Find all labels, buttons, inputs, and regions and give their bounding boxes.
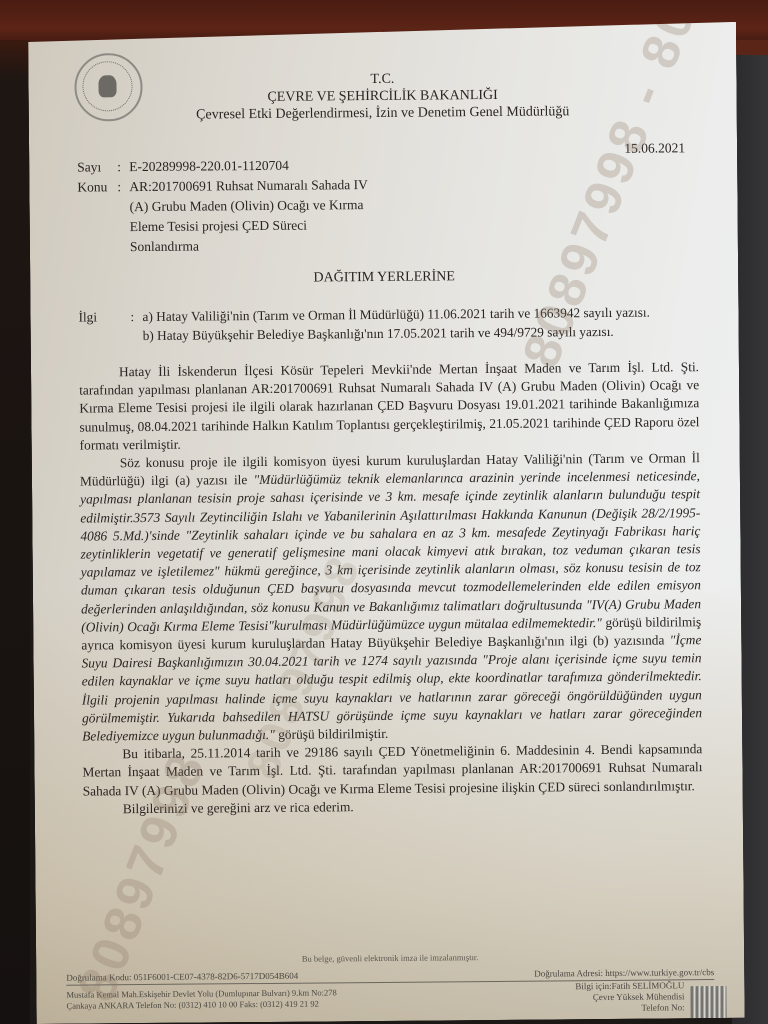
subject-line: Eleme Tesisi projesi ÇED Süreci: [130, 215, 430, 238]
colon: :: [130, 307, 142, 326]
ministry-address: Mustafa Kemal Mah.Eskişehir Devlet Yolu …: [66, 987, 336, 1011]
distribution-title: DAĞITIM YERLERİNE: [30, 267, 738, 289]
letterhead: T.C. ÇEVRE VE ŞEHİRCİLİK BAKANLIĞI Çevre…: [28, 68, 736, 125]
p2-end: görüşü bildirilmiştir.: [275, 726, 389, 742]
esign-note: Bu belge, güvenli elektronik imza ile im…: [36, 950, 744, 966]
qr-code-icon: [690, 986, 726, 1018]
subject-line: AR:201700691 Ruhsat Numaralı Sahada IV: [129, 175, 429, 198]
contact-info: Bilgi için:Fatih SELİMOĞLU Çevre Yüksek …: [575, 980, 684, 1014]
colon: :: [117, 157, 129, 177]
subject-value: AR:201700691 Ruhsat Numaralı Sahada IV (…: [129, 175, 430, 258]
contact-line: Telefon No:: [576, 1002, 685, 1014]
document-meta: Sayı : E-20289998-220.01-1120704 Konu : …: [77, 155, 430, 258]
number-label: Sayı: [77, 157, 117, 177]
paragraph-3: Bu itibarla, 25.11.2014 tarih ve 29186 s…: [82, 740, 702, 800]
subject-label: Konu: [77, 177, 118, 257]
subject-row: Konu : AR:201700691 Ruhsat Numaralı Saha…: [77, 175, 430, 258]
address-line: Çankaya ANKARA Telefon No: (0312) 410 10…: [66, 998, 336, 1011]
paragraph-2: Söz konusu proje ile ilgili komisyon üye…: [80, 449, 703, 746]
reference-block: İlgi : a) Hatay Valiliği'nin (Tarım ve O…: [78, 303, 650, 346]
paragraph-1: Hatay İli İskenderun İlçesi Kösür Tepele…: [79, 358, 700, 454]
table-surface-left: [0, 40, 30, 1024]
reference-label: İlgi: [78, 307, 130, 326]
document-page: T.C. ÇEVRE VE ŞEHİRCİLİK BAKANLIĞI Çevre…: [28, 22, 745, 1024]
letter-body: Hatay İli İskenderun İlçesi Kösür Tepele…: [79, 358, 703, 818]
colon: :: [117, 177, 130, 257]
subject-line: (A) Grubu Maden (Olivin) Ocağı ve Kırma: [129, 195, 429, 218]
document-date: 15.06.2021: [624, 140, 685, 157]
p2-quote-a: "Müdürlüğümüz teknik elemanlarınca arazi…: [80, 468, 701, 634]
reference-item-b: b) Hatay Büyükşehir Belediye Başkanlığı'…: [143, 322, 614, 345]
verification-address[interactable]: Doğrulama Adresi: https://www.turkiye.go…: [534, 967, 714, 979]
spacer: [131, 326, 143, 345]
spacer: [79, 326, 131, 345]
verification-code: Doğrulama Kodu: 051F6001-CE07-4378-82D6-…: [66, 971, 298, 983]
reference-row: b) Hatay Büyükşehir Belediye Başkanlığı'…: [79, 322, 651, 346]
subject-line: Sonlandırma: [130, 235, 430, 258]
number-value: E-20289998-220.01-1120704: [129, 155, 429, 178]
